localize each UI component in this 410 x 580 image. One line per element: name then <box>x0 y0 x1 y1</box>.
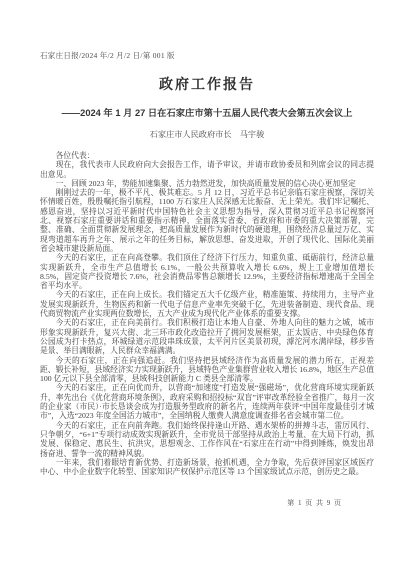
report-body: 各位代表： 现在，我代表市人民政府向大会报告工作，请予审议，并请市政协委员和列席… <box>40 151 374 476</box>
paragraph: 今天的石家庄，正在向前奔跑。我们始终保持逢山开路、遇水架桥的拼搏斗志，雷厉风行、… <box>40 421 374 458</box>
paragraph: 刚刚过去的一年，极不平凡、极其难忘。5 月 12 日，习近平总书记亲临石家庄视察… <box>40 188 374 253</box>
salutation: 各位代表： <box>40 151 374 160</box>
paragraph: 今天的石家庄，正在向美前行。我们积极打造让本地人自豪、外地人向往的魅力之城，城市… <box>40 318 374 355</box>
newspaper-masthead: 石家庄日报/2024 年/2 月/2 日/第 001 版 <box>40 50 374 61</box>
page-title: 政府工作报告 <box>40 74 374 94</box>
paragraph: 现在，我代表市人民政府向大会报告工作，请予审议，并请市政协委员和列席会议的同志提… <box>40 160 374 179</box>
report-subtitle: ——2024 年 1 月 27 日在石家庄市第十五届人民代表大会第五次会议上 <box>40 105 374 119</box>
section-heading: 一、回顾 2023 年，势能加速集聚、活力勃然迸发，加快高质量发展的信心决心更加… <box>40 179 374 188</box>
byline: 石家庄市人民政府市长 马宇骏 <box>40 129 374 140</box>
paragraph: 一年来，我们着眼培育新优势、打造新场景，抢抓机遇，全力争取，先后获评国家区域医疗… <box>40 458 374 477</box>
paragraph: 今天的石家庄，正在向高登攀。我们顶住了经济下行压力，知重负重、砥砺前行，经济总量… <box>40 253 374 290</box>
paragraph: 今天的石家庄，正在向优而升，以营商“加速度”打造发展“强磁场”，优化营商环境实现… <box>40 383 374 420</box>
paragraph: 今天的石家庄，正在向上成长。我们锚定五大千亿级产业，精准施策、持续用力，主导产业… <box>40 290 374 318</box>
document-page: 石家庄日报/2024 年/2 月/2 日/第 001 版 政府工作报告 ——20… <box>0 0 410 580</box>
page-number: 第 1 页 共 9 页 <box>0 498 342 508</box>
paragraph: 今天的石家庄，正在向强追赶。我们坚持把县域经济作为高质量发展的潜力所在，正视差距… <box>40 356 374 384</box>
